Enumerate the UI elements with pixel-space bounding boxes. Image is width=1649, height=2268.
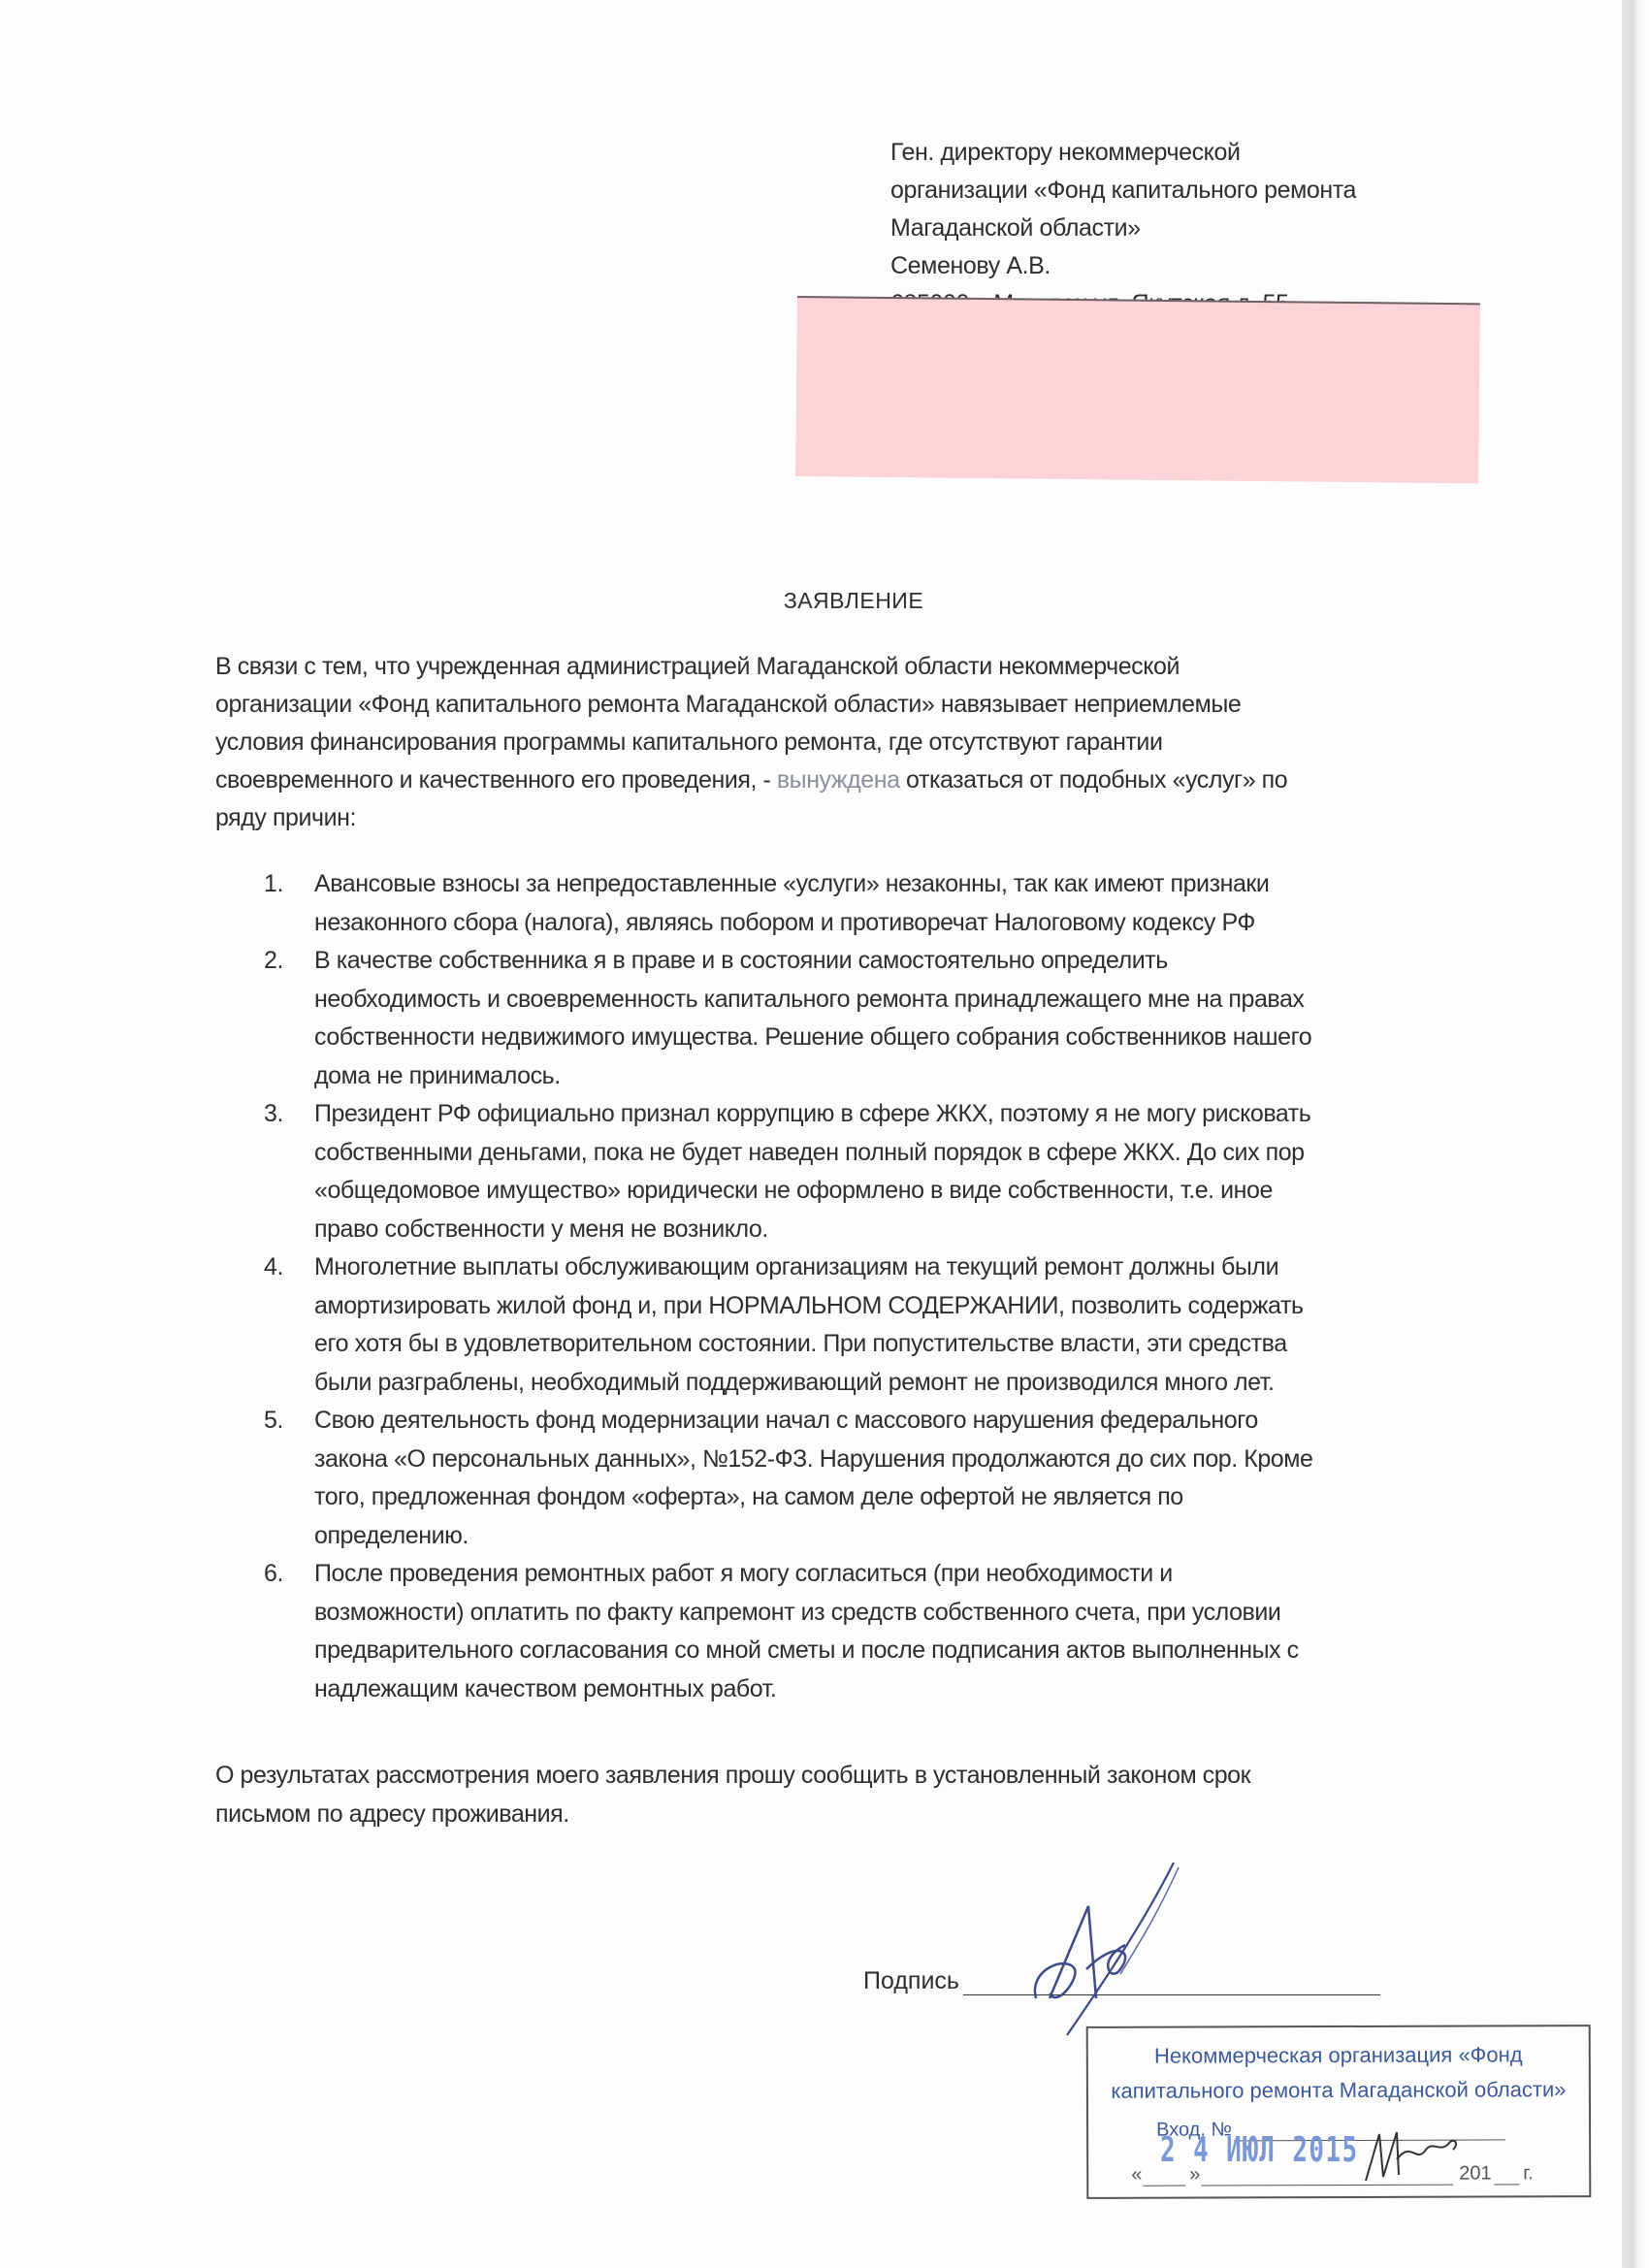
closing-line: О результатах рассмотрения моего заявлен… bbox=[215, 1756, 1515, 1795]
addressee-block: Ген. директору некоммерческой организаци… bbox=[890, 134, 1511, 323]
intro-text: отказаться от подобных «услуг» по bbox=[900, 766, 1288, 794]
reason-line: надлежащим качеством ремонтных работ. bbox=[314, 1670, 1515, 1709]
stamp-year-line bbox=[1494, 2184, 1519, 2185]
reason-item: 2. В качестве собственника я в праве и в… bbox=[264, 942, 1515, 1095]
intro-line: В связи с тем, что учрежденная администр… bbox=[215, 648, 1515, 686]
intro-text: своевременного и качественного его прове… bbox=[215, 766, 777, 794]
received-date-stamp: 2 4 ИЮЛ 2015 bbox=[1160, 2130, 1359, 2170]
reason-line: право собственности у меня не возникло. bbox=[314, 1211, 1515, 1249]
document-title: ЗАЯВЛЕНИЕ bbox=[0, 588, 1649, 614]
reason-line: Президент РФ официально признал коррупци… bbox=[314, 1095, 1515, 1134]
reason-line: дома не принималось. bbox=[314, 1057, 1515, 1096]
reason-number: 2. bbox=[264, 942, 283, 981]
reason-line: В качестве собственника я в праве и в со… bbox=[314, 942, 1515, 981]
redaction-sticker bbox=[795, 296, 1480, 483]
reason-line: предварительного согласования со мной см… bbox=[314, 1632, 1515, 1670]
addressee-line: Семенову А.В. bbox=[890, 247, 1511, 285]
reason-number: 4. bbox=[264, 1248, 283, 1287]
reasons-list: 1. Авансовые взносы за непредоставленные… bbox=[264, 865, 1515, 1708]
reason-line: амортизировать жилой фонд и, при НОРМАЛЬ… bbox=[314, 1287, 1515, 1326]
reason-item: 6. После проведения ремонтных работ я мо… bbox=[264, 1555, 1515, 1708]
reason-line: того, предложенная фондом «оферта», на с… bbox=[314, 1478, 1515, 1517]
closing-paragraph: О результатах рассмотрения моего заявлен… bbox=[215, 1756, 1515, 1833]
reason-line: Авансовые взносы за непредоставленные «у… bbox=[314, 865, 1515, 904]
reason-line: необходимость и своевременность капиталь… bbox=[314, 981, 1515, 1020]
reason-number: 1. bbox=[264, 865, 283, 904]
reason-item: 3. Президент РФ официально признал корру… bbox=[264, 1095, 1515, 1248]
intro-line: ряду причин: bbox=[215, 799, 1515, 837]
stamp-quote-open: « bbox=[1131, 2164, 1142, 2187]
signature-label: Подпись bbox=[863, 1967, 959, 1995]
intro-line: условия финансирования программы капитал… bbox=[215, 724, 1515, 761]
clerk-signature-icon bbox=[1358, 2121, 1465, 2188]
reason-line: определению. bbox=[314, 1517, 1515, 1556]
reason-line: После проведения ремонтных работ я могу … bbox=[314, 1555, 1515, 1594]
registration-stamp: Некоммерческая организация «Фонд капитал… bbox=[1086, 2025, 1592, 2199]
reason-item: 5. Свою деятельность фонд модернизации н… bbox=[264, 1402, 1515, 1555]
addressee-line: Ген. директору некоммерческой bbox=[890, 134, 1511, 172]
stamp-org-line: капитального ремонта Магаданской области… bbox=[1088, 2077, 1589, 2104]
faded-word: вынуждена bbox=[777, 766, 900, 794]
reason-line: закона «О персональных данных», №152-ФЗ.… bbox=[314, 1441, 1515, 1479]
reason-line: были разграблены, необходимый поддержива… bbox=[314, 1364, 1515, 1403]
reason-item: 4. Многолетние выплаты обслуживающим орг… bbox=[264, 1248, 1515, 1402]
reason-line: его хотя бы в удовлетворительном состоян… bbox=[314, 1325, 1515, 1364]
stamp-org-line: Некоммерческая организация «Фонд bbox=[1088, 2042, 1589, 2069]
reason-number: 3. bbox=[264, 1095, 283, 1134]
addressee-line: организации «Фонд капитального ремонта bbox=[890, 172, 1511, 210]
reason-line: собственными деньгами, пока не будет нав… bbox=[314, 1134, 1515, 1173]
reason-number: 6. bbox=[264, 1555, 283, 1594]
handwritten-signature-icon bbox=[1028, 1863, 1222, 2037]
addressee-line: Магаданской области» bbox=[890, 210, 1511, 247]
reason-line: Свою деятельность фонд модернизации нача… bbox=[314, 1402, 1515, 1441]
intro-line: организации «Фонд капитального ремонта М… bbox=[215, 686, 1515, 724]
stamp-day-line bbox=[1143, 2186, 1185, 2187]
reason-line: незаконного сбора (налога), являясь побо… bbox=[314, 904, 1515, 943]
closing-line: письмом по адресу проживания. bbox=[215, 1795, 1515, 1833]
intro-line: своевременного и качественного его прове… bbox=[215, 761, 1515, 799]
reason-number: 5. bbox=[264, 1402, 283, 1441]
reason-item: 1. Авансовые взносы за непредоставленные… bbox=[264, 865, 1515, 942]
reason-line: собственности недвижимого имущества. Реш… bbox=[314, 1019, 1515, 1057]
reason-line: «общедомовое имущество» юридически не оф… bbox=[314, 1172, 1515, 1211]
scanner-page-edge bbox=[1622, 0, 1649, 2268]
reason-line: Многолетние выплаты обслуживающим органи… bbox=[314, 1248, 1515, 1287]
intro-paragraph: В связи с тем, что учрежденная администр… bbox=[215, 648, 1515, 837]
stamp-year-suffix: г. bbox=[1523, 2162, 1534, 2185]
reason-line: возможности) оплатить по факту капремонт… bbox=[314, 1594, 1515, 1633]
